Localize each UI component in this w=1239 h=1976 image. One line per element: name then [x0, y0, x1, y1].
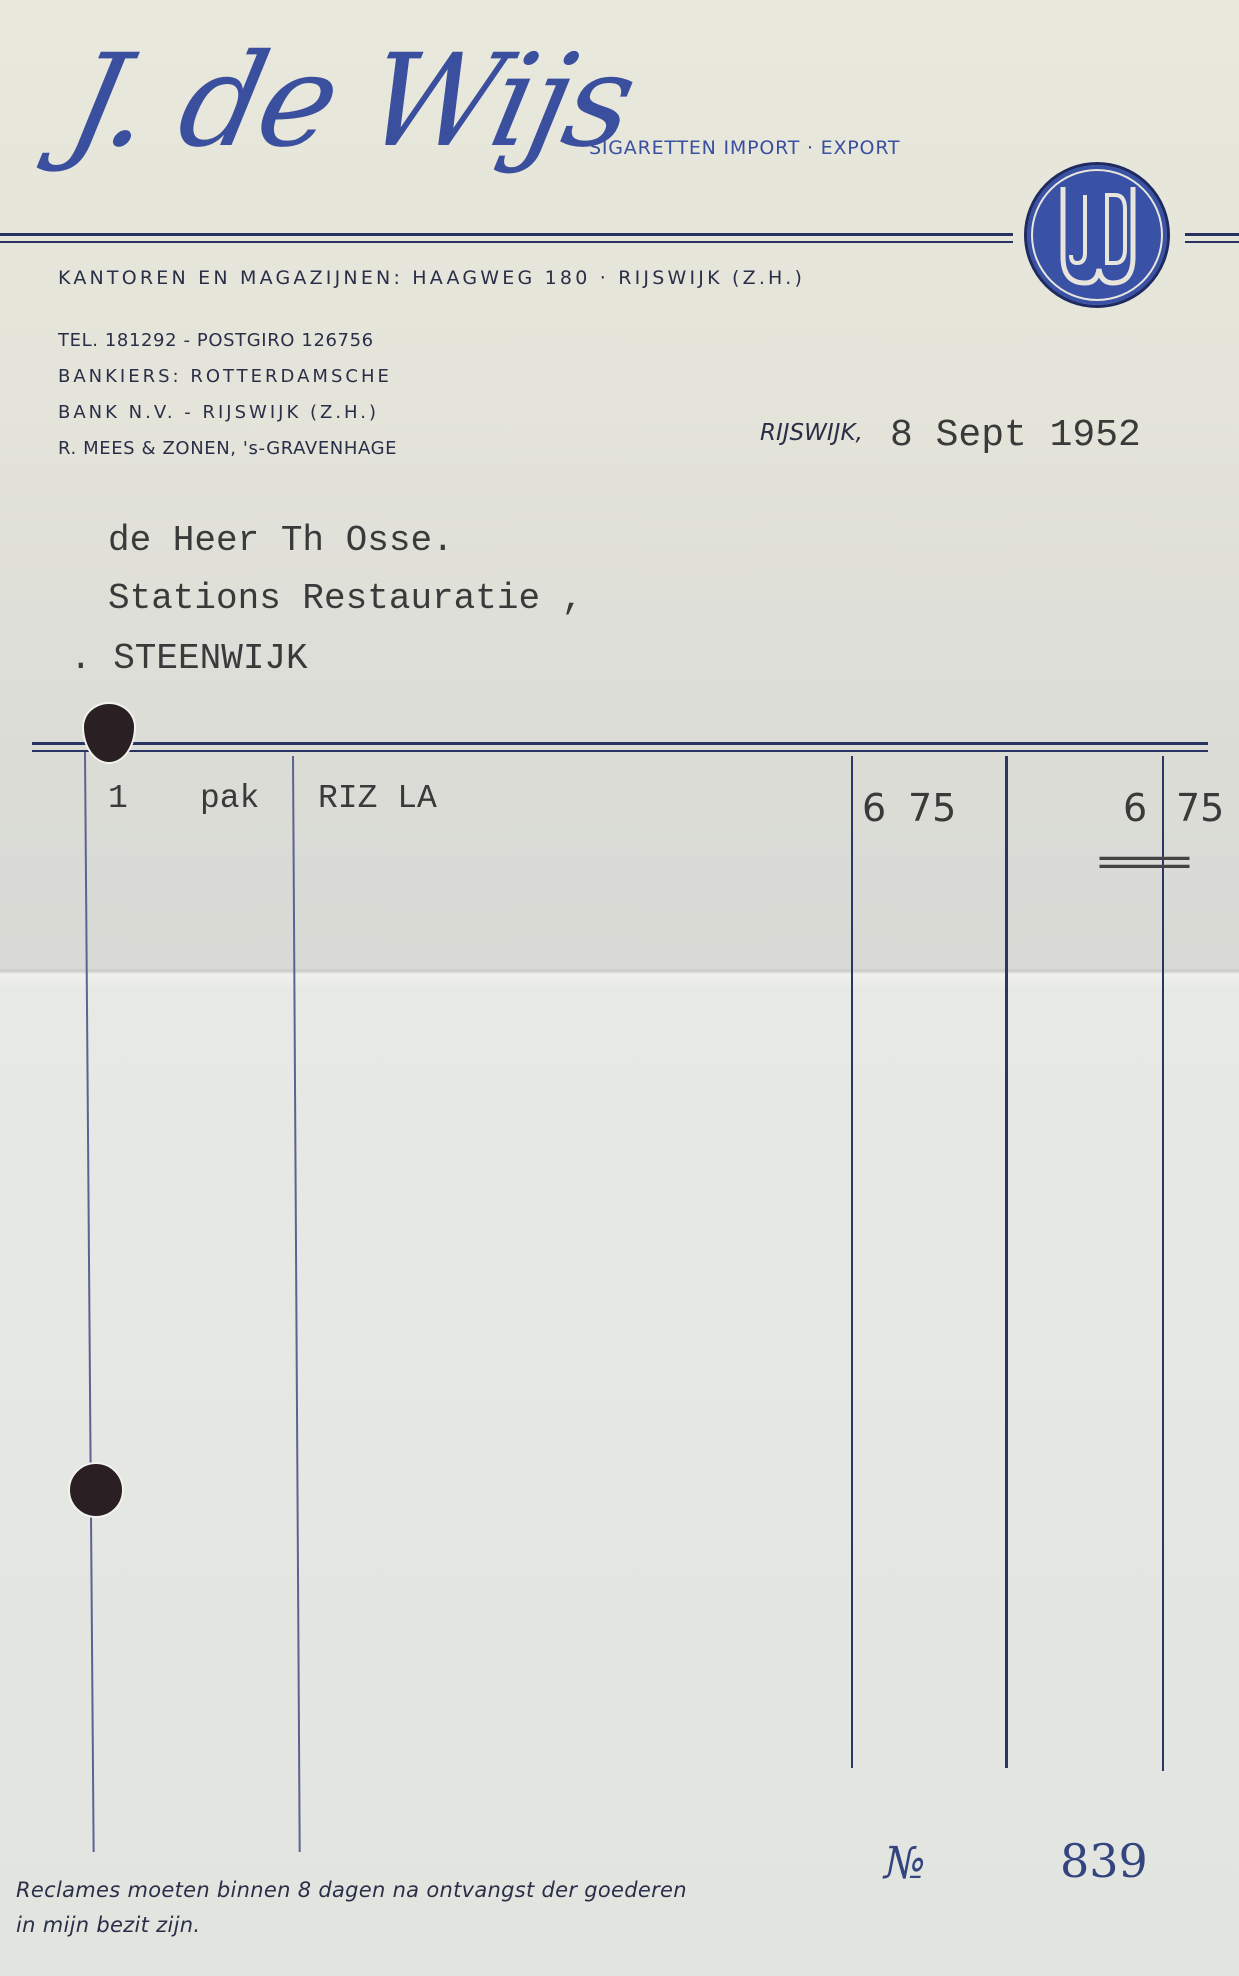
row-unit-price-guilders: 6 — [862, 786, 886, 830]
row-unit-price-cents: 75 — [908, 786, 956, 830]
date-city: RIJSWIJK, — [760, 420, 863, 446]
company-tagline: SIGARETTEN IMPORT · EXPORT — [589, 137, 900, 159]
company-address-line: KANTOREN EN MAGAZIJNEN: HAAGWEG 180 · RI… — [58, 267, 805, 289]
column-divider-left — [84, 752, 94, 1852]
row-quantity: 1 — [108, 780, 128, 817]
recipient-city: . STEENWIJK — [70, 638, 308, 679]
header-rule-right-bottom — [1185, 241, 1239, 243]
contact-line-mees: R. MEES & ZONEN, 's-GRAVENHAGE — [58, 438, 397, 459]
table-rule-top — [32, 742, 1208, 745]
row-total-guilders: 6 — [1123, 786, 1147, 830]
row-total-cents: 75 — [1176, 786, 1224, 830]
contact-line-bank: BANK N.V. - RIJSWIJK (Z.H.) — [58, 402, 379, 423]
recipient-business: Stations Restauratie , — [108, 578, 583, 619]
row-unit: pak — [200, 780, 259, 817]
contact-line-bankers: BANKIERS: ROTTERDAMSCHE — [58, 366, 392, 387]
punch-hole-top — [82, 702, 136, 764]
punch-hole-bottom — [68, 1462, 124, 1518]
recipient-name: de Heer Th Osse. — [108, 520, 454, 561]
footer-claims-note-line-1: Reclames moeten binnen 8 dagen na ontvan… — [16, 1878, 687, 1902]
header-rule-right-top — [1185, 233, 1239, 236]
total-double-underline: ====== — [1098, 848, 1188, 882]
jdw-monogram-logo-icon — [1024, 162, 1170, 308]
row-description: RIZ LA — [318, 780, 437, 817]
column-divider-unit — [292, 756, 300, 1852]
column-divider-total — [1005, 756, 1008, 1768]
column-divider-price — [851, 756, 853, 1768]
column-divider-cents — [1162, 756, 1164, 1771]
company-script-logo: J. de Wijs — [58, 38, 642, 166]
header-rule-bottom — [0, 241, 1013, 243]
invoice-date: 8 Sept 1952 — [890, 414, 1141, 457]
contact-line-phone: TEL. 181292 - POSTGIRO 126756 — [58, 330, 374, 351]
header-rule-top — [0, 233, 1013, 236]
monogram-glyph-icon — [1027, 165, 1167, 305]
invoice-number: 839 — [1060, 1834, 1148, 1888]
footer-claims-note-line-2: in mijn bezit zijn. — [16, 1913, 200, 1937]
table-rule-bottom — [32, 750, 1208, 752]
number-sign-label: № — [884, 1838, 926, 1889]
